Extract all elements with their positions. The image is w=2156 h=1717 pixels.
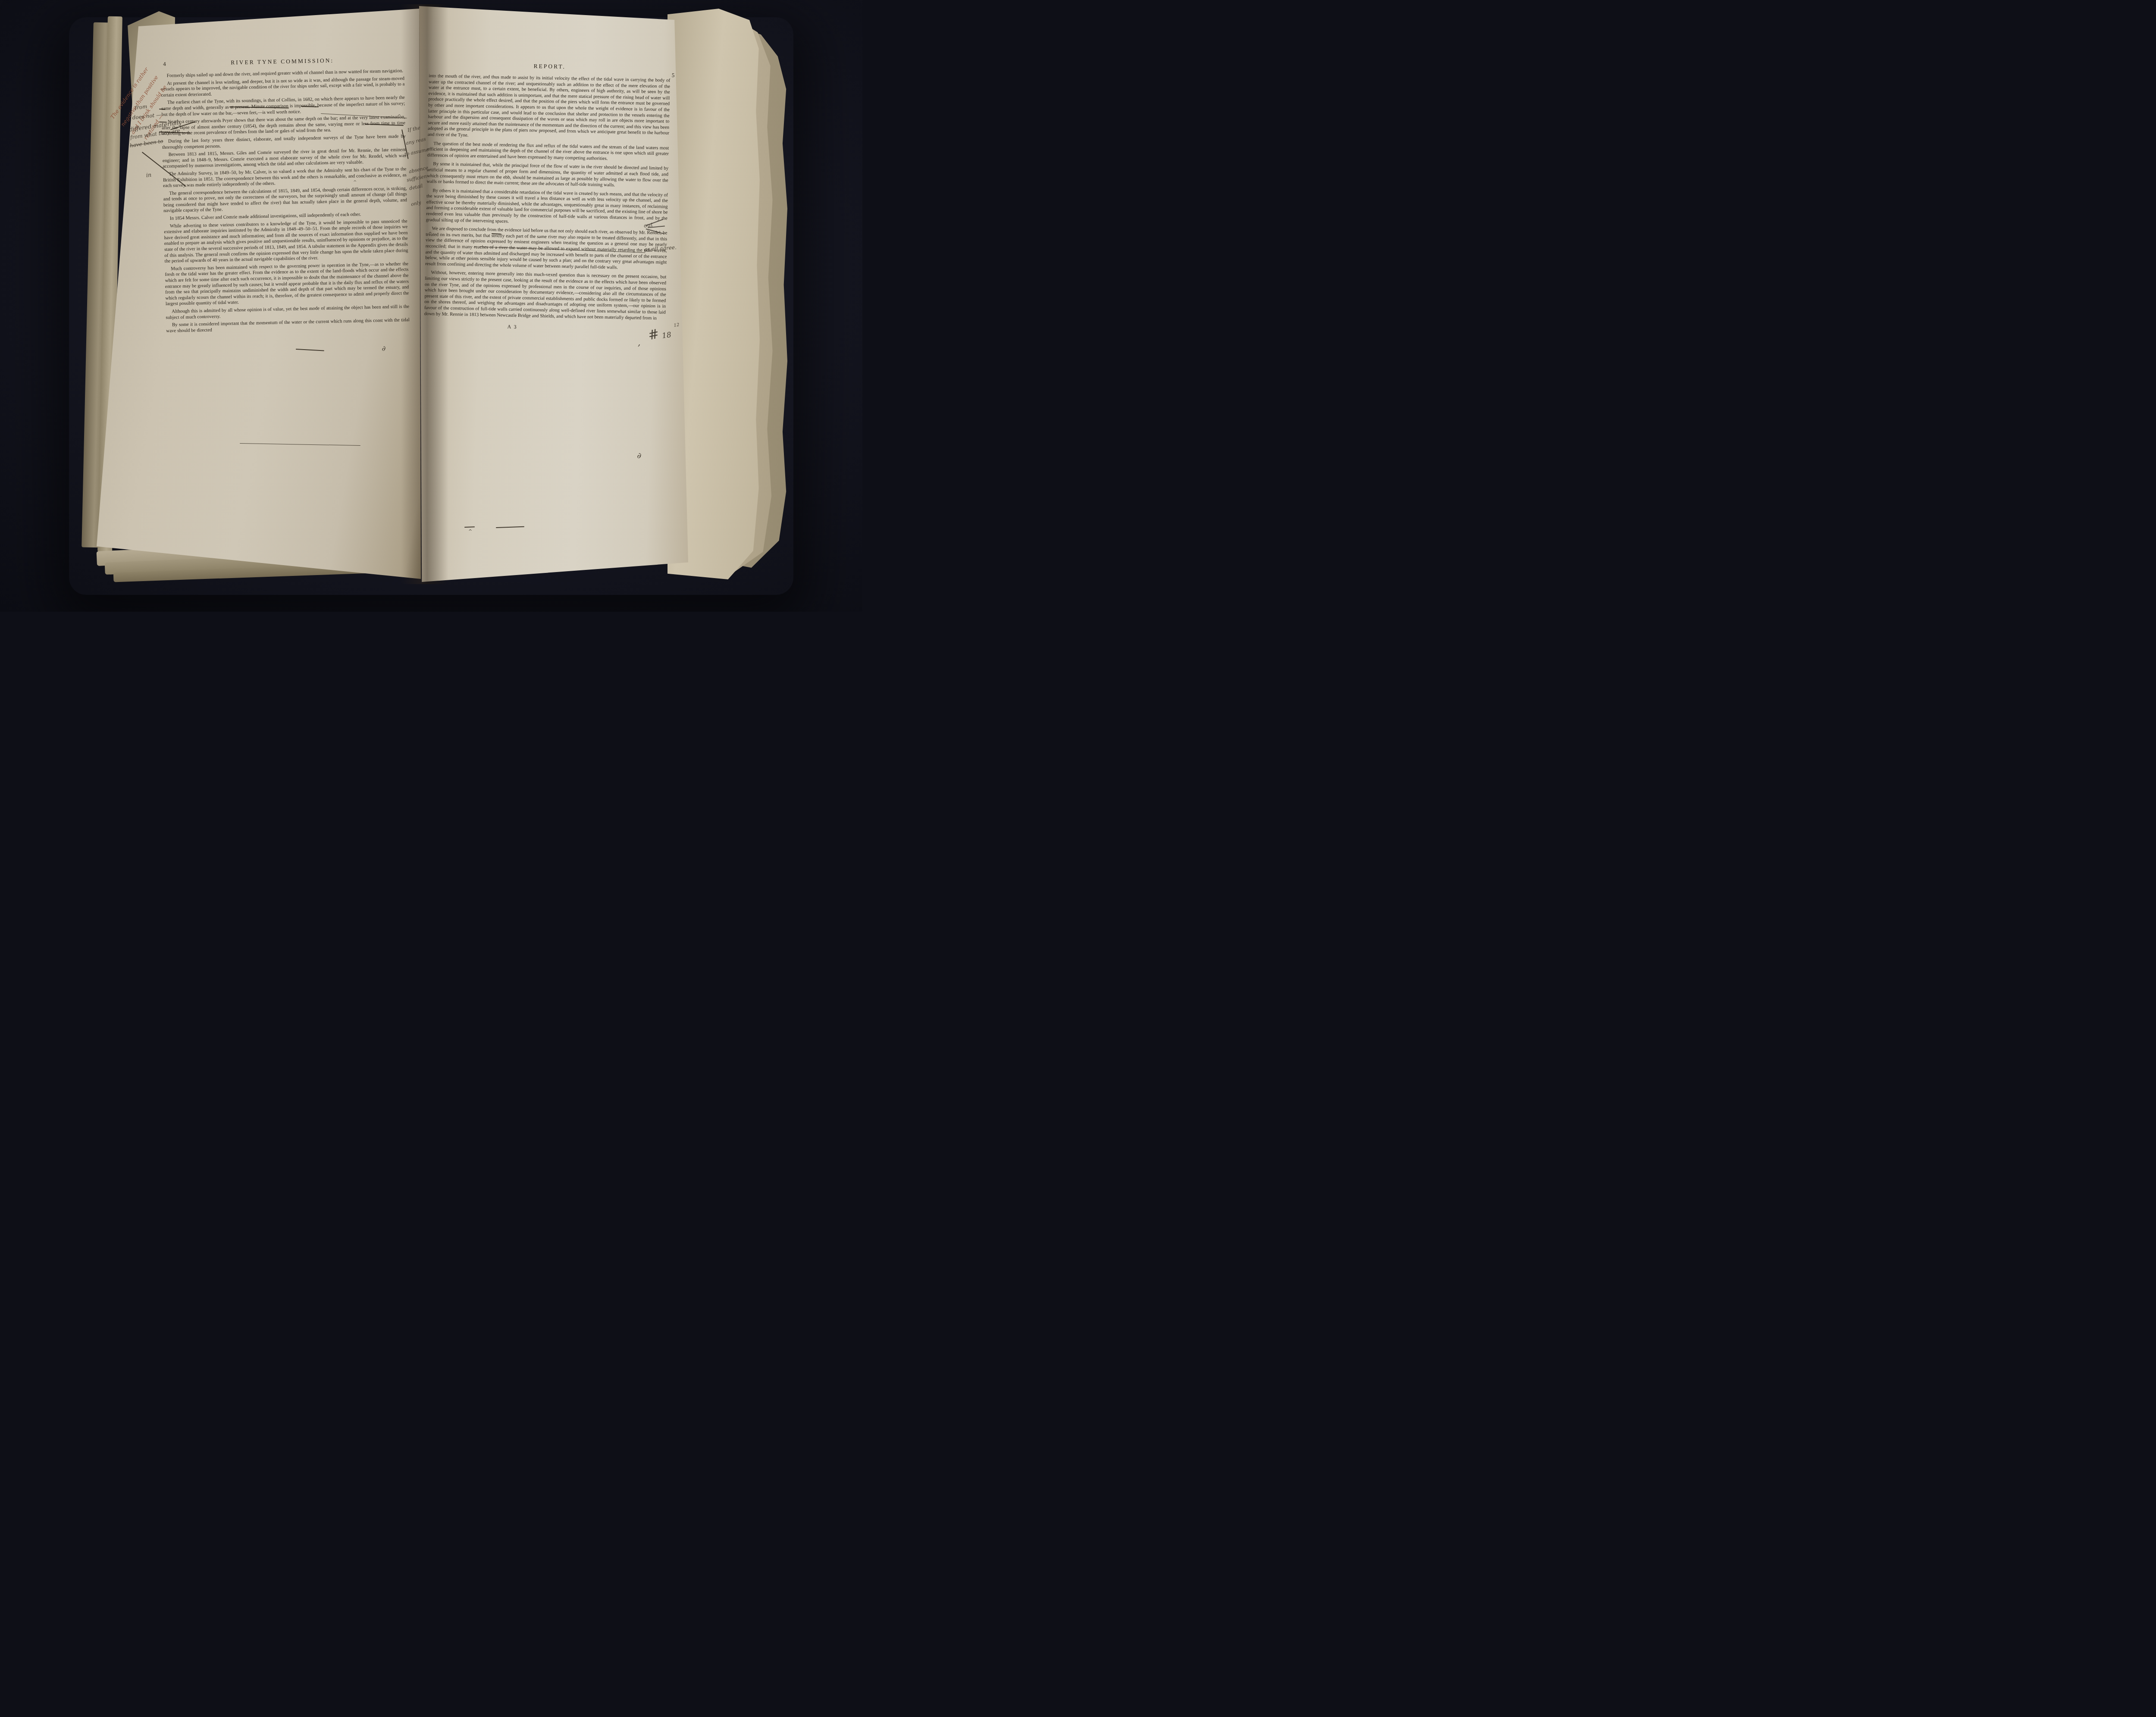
paragraph: into the mouth of the river, and thus ma… [428,73,671,142]
left-page-title: RIVER TYNE COMMISSION: [231,57,334,66]
paragraph: By some it is maintained that, while the… [426,161,668,189]
handwritten-note: ^ [473,245,477,251]
handwritten-note: in [146,172,152,179]
right-page-paragraphs: into the mouth of the river, and thus ma… [424,73,671,322]
paragraph: Much controversy has been maintained wit… [165,261,409,307]
paragraph: By others it is maintained that a consid… [426,188,668,228]
right-page-title: REPORT. [533,63,566,70]
handwritten-note: ^ [428,231,432,237]
paragraph: Without, however, entering more generall… [424,270,667,321]
paragraph: Nearly a century afterwards Pryer shows … [162,114,406,137]
paragraph: The Admiralty Survey, in 1849–50, by Mr.… [163,166,407,189]
handwritten-note: ^ [353,180,357,185]
handwritten-note: from [135,103,147,111]
left-page-number: 4 [163,61,166,68]
paragraph: While adverting to these various contrib… [164,219,408,265]
paragraph: At present the channel is less winding, … [161,76,405,99]
left-page-text: 4 RIVER TYNE COMMISSION: Formerly ships … [160,55,410,336]
photographed-open-book: 4 RIVER TYNE COMMISSION: Formerly ships … [0,0,862,612]
paragraph: The question of the best mode of renderi… [427,141,669,163]
paragraph: Between 1813 and 1815, Messrs. Giles and… [162,147,406,170]
paragraph: The earliest chart of the Tyne, with its… [161,95,405,118]
handwritten-note: , [638,337,640,347]
handwritten-note: 12 [674,322,680,328]
handwritten-note: 18 [661,331,672,341]
handwritten-note: ^ [468,529,472,534]
right-page-text: REPORT. 5 into the mouth of the river, a… [424,60,671,333]
paragraph: The general correspondence between the c… [163,186,407,214]
right-page-number: 5 [672,72,675,79]
